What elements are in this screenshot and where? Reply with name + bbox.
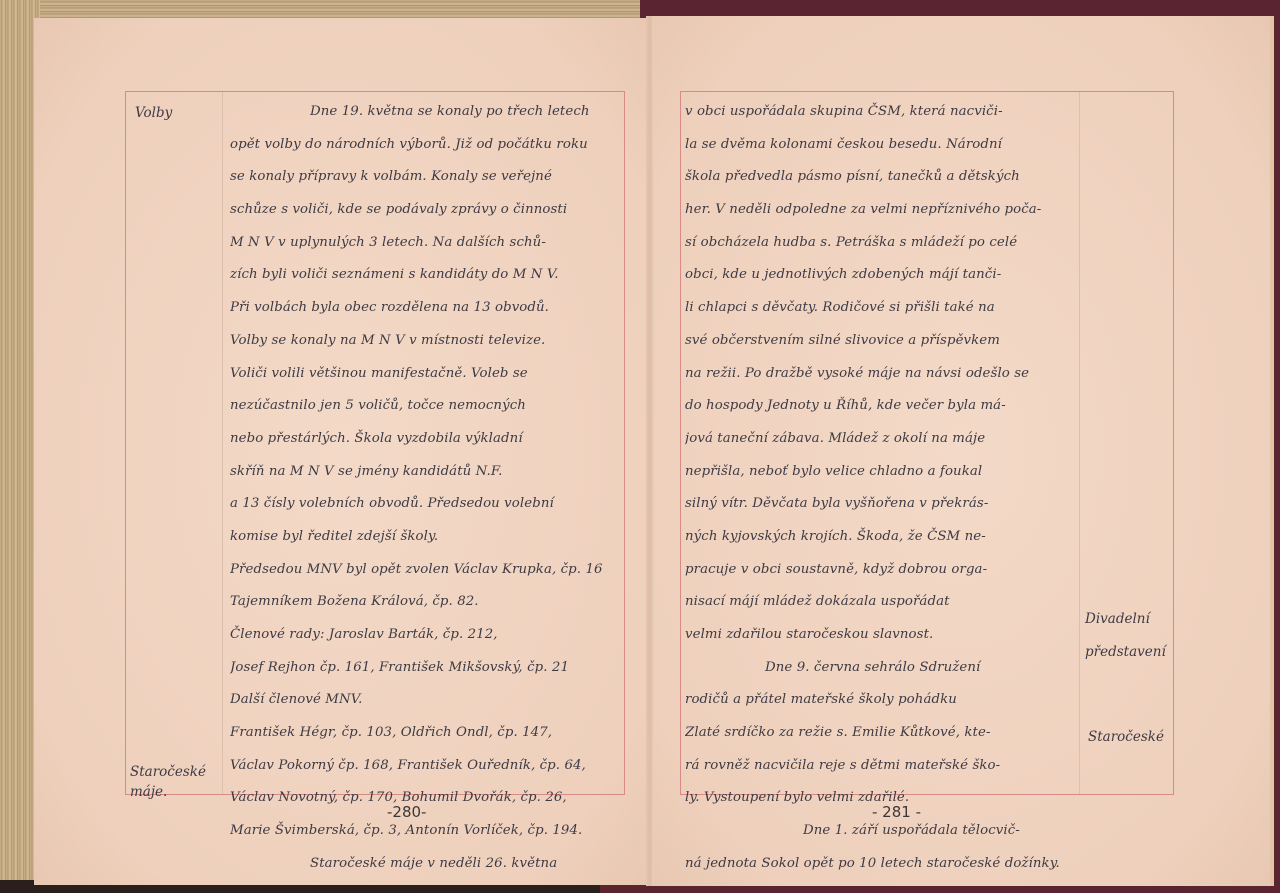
- margin-note-volby: Volby: [135, 103, 172, 123]
- page-number-left: -280-: [387, 803, 426, 821]
- text-line: Tajemníkem Božena Králová, čp. 82.: [230, 586, 620, 619]
- text-line: své občerstvením silné slivovice a přísp…: [685, 325, 1077, 358]
- text-line: opět volby do národních výborů. Již od p…: [230, 129, 620, 162]
- text-line: nezúčastnilo jen 5 voličů, točce nemocný…: [230, 390, 620, 423]
- text-line: na režii. Po dražbě vysoké máje na návsi…: [685, 358, 1077, 391]
- text-line: li chlapci s děvčaty. Rodičové si přišli…: [685, 292, 1077, 325]
- text-line: Josef Rejhon čp. 161, František Mikšovsk…: [230, 652, 620, 685]
- margin-note-starocske-maje: Staročeské máje.: [130, 762, 206, 802]
- text-line: jová taneční zábava. Mládež z okolí na m…: [685, 423, 1077, 456]
- text-line: velmi zdařilou staročeskou slavnost.: [685, 619, 1077, 652]
- right-margin-rule: [1079, 92, 1080, 794]
- margin-note-divadelni-predstaveni: Divadelní představení: [1085, 603, 1166, 669]
- book-spine-gutter: [646, 16, 654, 886]
- text-line: Předsedou MNV byl opět zvolen Václav Kru…: [230, 554, 620, 587]
- text-line: ných kyjovských krojích. Škoda, že ČSM n…: [685, 521, 1077, 554]
- right-page-frame: v obci uspořádala skupina ČSM, která nac…: [680, 91, 1174, 795]
- left-page-text: Dne 19. května se konaly po třech letech…: [230, 96, 620, 881]
- text-line: Zlaté srdíčko za režie s. Emilie Kůtkové…: [685, 717, 1077, 750]
- text-line: nisací májí mládež dokázala uspořádat: [685, 586, 1077, 619]
- text-line: pracuje v obci soustavně, když dobrou or…: [685, 554, 1077, 587]
- text-line: schůze s voliči, kde se podávaly zprávy …: [230, 194, 620, 227]
- text-line: nepřišla, neboť bylo velice chladno a fo…: [685, 456, 1077, 489]
- text-line: obci, kde u jednotlivých zdobených májí …: [685, 259, 1077, 292]
- text-line: komise byl ředitel zdejší školy.: [230, 521, 620, 554]
- text-line: silný vítr. Děvčata byla vyšňořena v pře…: [685, 488, 1077, 521]
- text-line: Při volbách byla obec rozdělena na 13 ob…: [230, 292, 620, 325]
- margin-note-starocske-dozinky: Staročeské: [1088, 727, 1164, 747]
- left-margin-rule: [222, 92, 223, 794]
- text-line: Dne 19. května se konaly po třech letech: [230, 96, 620, 129]
- text-line: rodičů a přátel mateřské školy pohádku: [685, 684, 1077, 717]
- text-line: Dne 9. června sehrálo Sdružení: [685, 652, 1077, 685]
- text-line: M N V v uplynulých 3 letech. Na dalších …: [230, 227, 620, 260]
- right-page-text: v obci uspořádala skupina ČSM, která nac…: [685, 96, 1077, 881]
- text-line: Staročeské máje v neděli 26. května: [230, 848, 620, 881]
- text-line: Voliči volili většinou manifestačně. Vol…: [230, 358, 620, 391]
- page-number-right: - 281 -: [872, 803, 921, 821]
- text-line: Volby se konaly na M N V v místnosti tel…: [230, 325, 620, 358]
- text-line: v obci uspořádala skupina ČSM, která nac…: [685, 96, 1077, 129]
- text-line: do hospody Jednoty u Říhů, kde večer byl…: [685, 390, 1077, 423]
- text-line: a 13 čísly volebních obvodů. Předsedou v…: [230, 488, 620, 521]
- text-line: škola předvedla pásmo písní, tanečků a d…: [685, 161, 1077, 194]
- text-line: her. V neděli odpoledne za velmi nepřízn…: [685, 194, 1077, 227]
- left-page-frame: Dne 19. května se konaly po třech letech…: [125, 91, 625, 795]
- text-line: se konaly přípravy k volbám. Konaly se v…: [230, 161, 620, 194]
- text-line: skříň na M N V se jmény kandidátů N.F.: [230, 456, 620, 489]
- text-line: František Hégr, čp. 103, Oldřich Ondl, č…: [230, 717, 620, 750]
- text-line: ná jednota Sokol opět po 10 letech staro…: [685, 848, 1165, 881]
- text-line: Další členové MNV.: [230, 684, 620, 717]
- text-line: la se dvěma kolonami českou besedu. Náro…: [685, 129, 1077, 162]
- text-line: nebo přestárlých. Škola vyzdobila výklad…: [230, 423, 620, 456]
- text-line: zích byli voliči seznámeni s kandidáty d…: [230, 259, 620, 292]
- text-line: Václav Pokorný čp. 168, František Ouředn…: [230, 750, 620, 783]
- text-line: sí obcházela hudba s. Petráška s mládeží…: [685, 227, 1077, 260]
- text-line: rá rovněž nacvičila reje s dětmi mateřsk…: [685, 750, 1077, 783]
- text-line: Členové rady: Jaroslav Barták, čp. 212,: [230, 619, 620, 652]
